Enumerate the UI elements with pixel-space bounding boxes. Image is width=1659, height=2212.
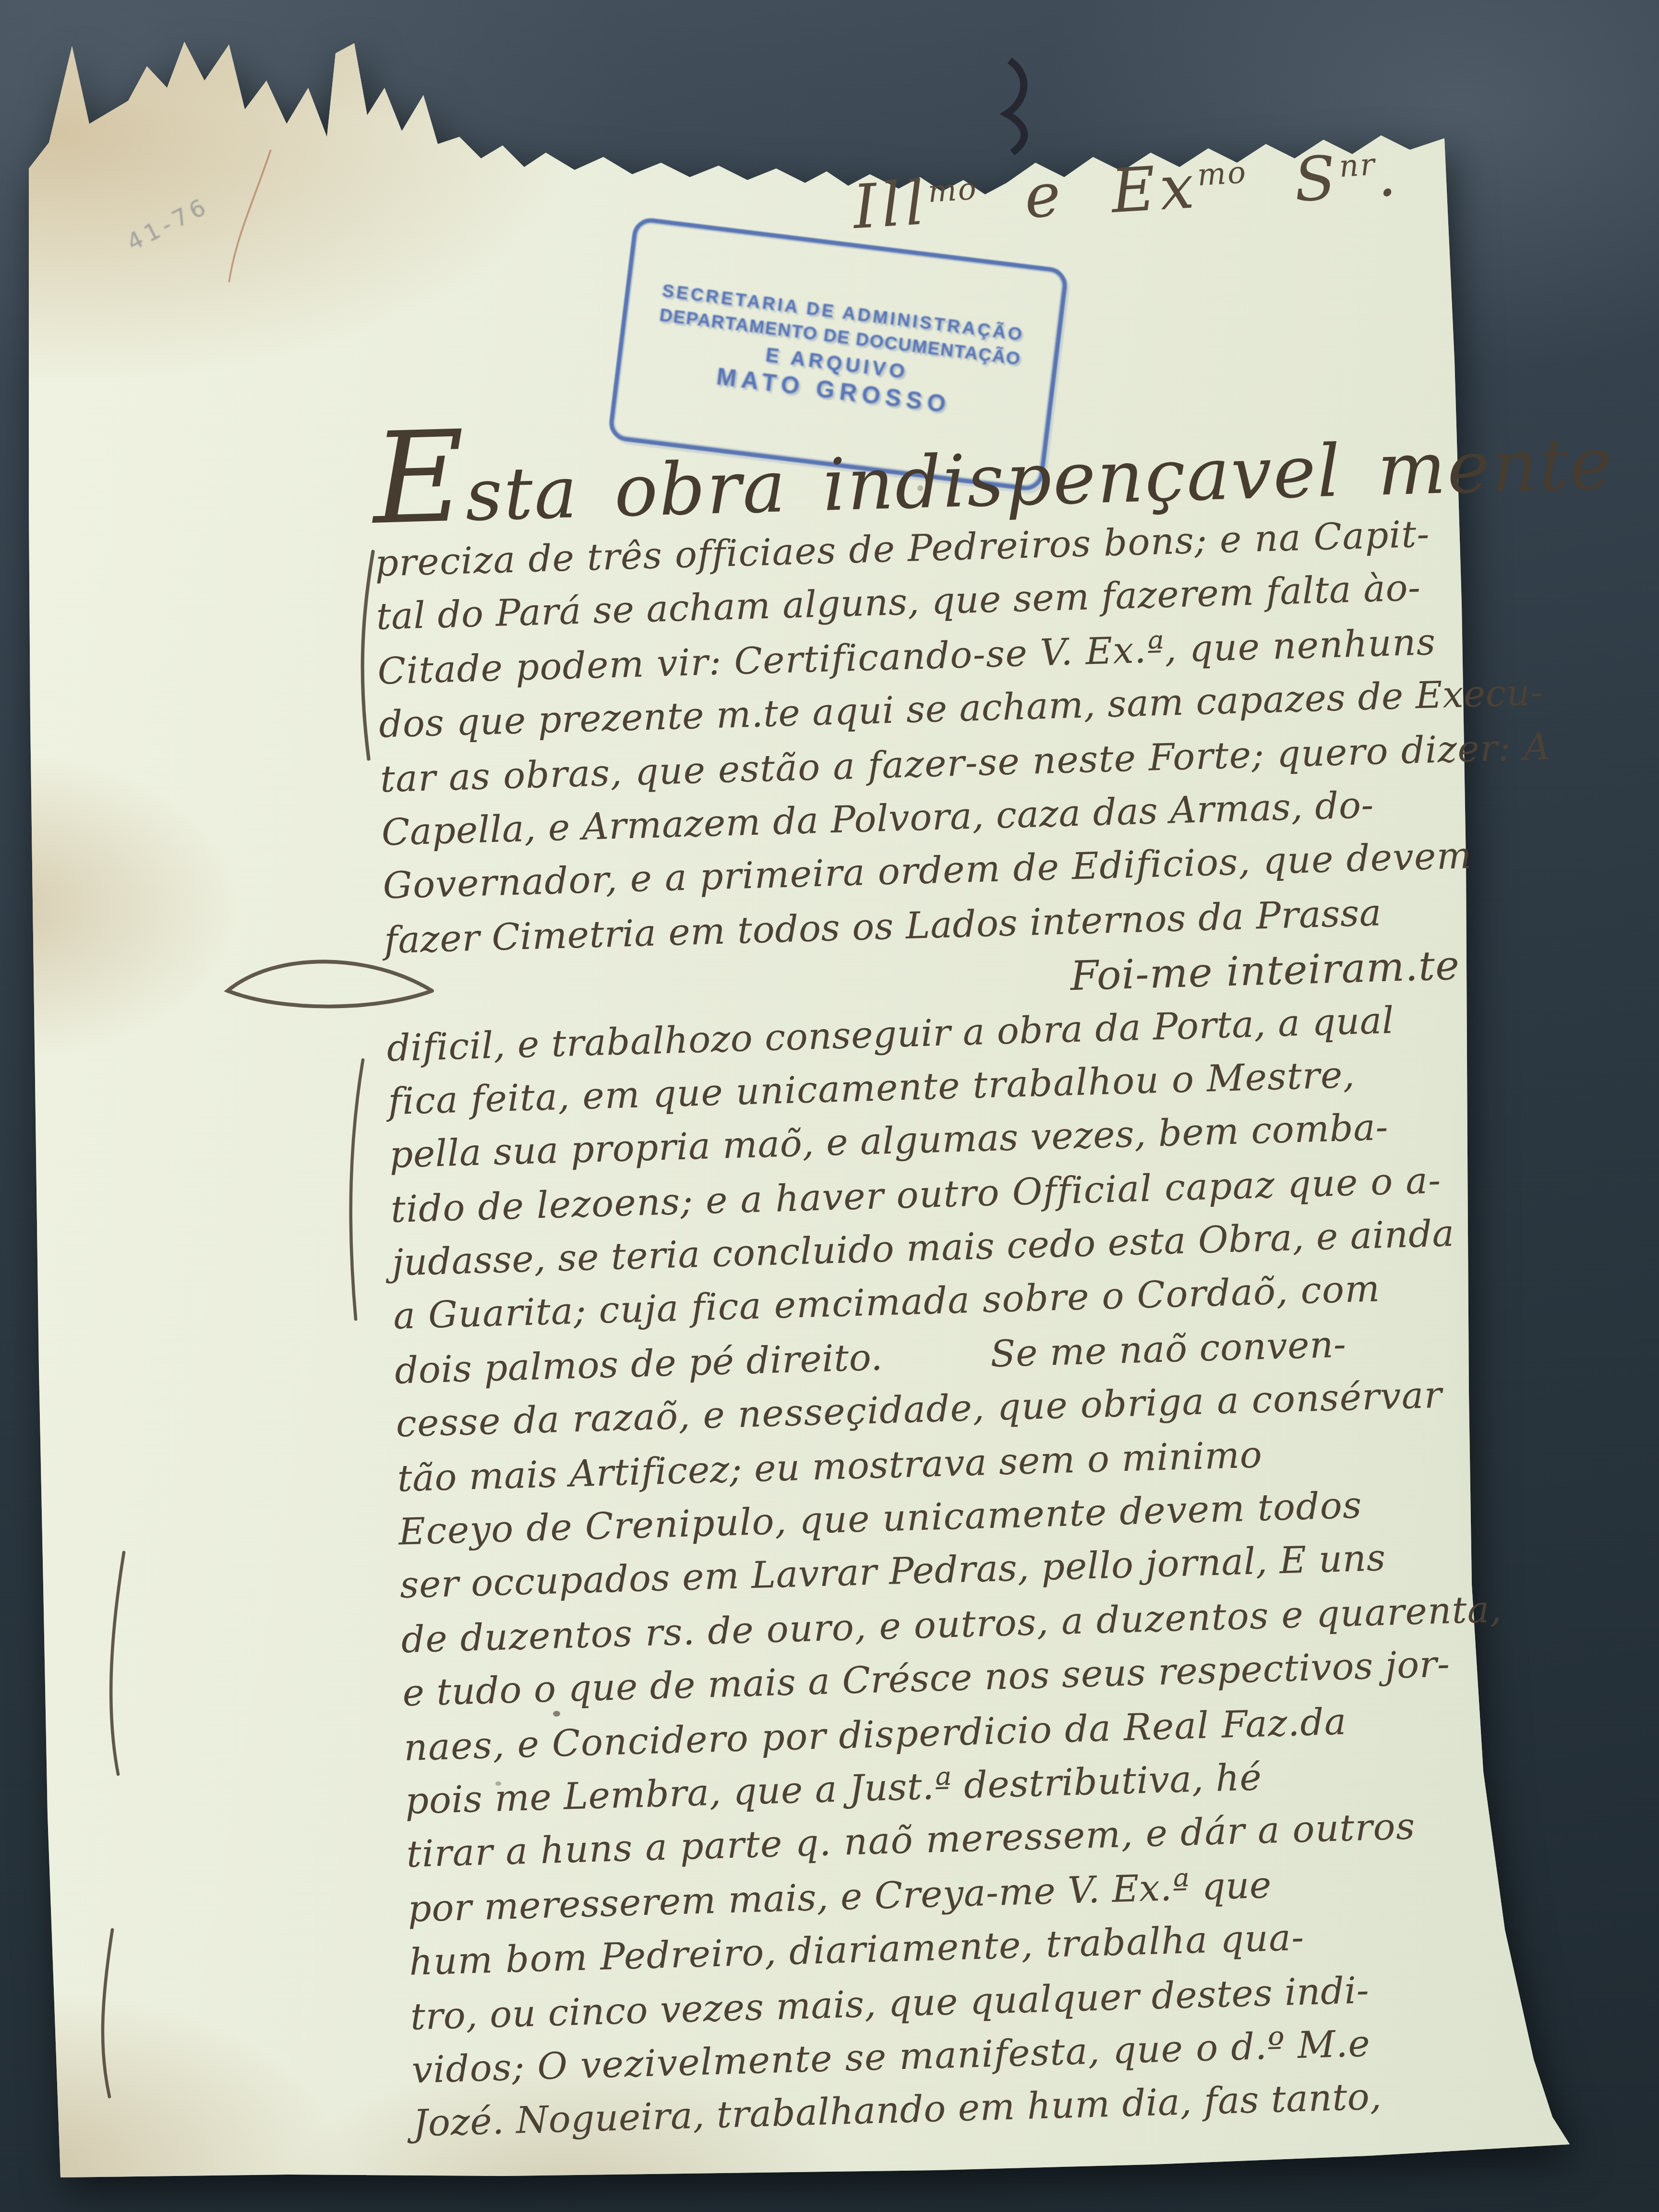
salutation-superscript: nr — [1338, 147, 1377, 184]
salutation-text: . — [1374, 139, 1402, 211]
salutation-text: S — [1246, 142, 1342, 218]
blue-edge-mark — [39, 1989, 51, 2179]
salutation-text: e Ex — [976, 151, 1200, 235]
archive-photograph: SECRETARIA DE ADMINISTRAÇÃO DEPARTAMENTO… — [0, 0, 1659, 2212]
manuscript-text-block: Esta obra indispençavel mente preciza de… — [372, 392, 1526, 2152]
salutation-superscript: mo — [1196, 155, 1248, 192]
salutation-superscript: mo — [927, 171, 979, 209]
salutation-text: Ill — [851, 168, 931, 242]
